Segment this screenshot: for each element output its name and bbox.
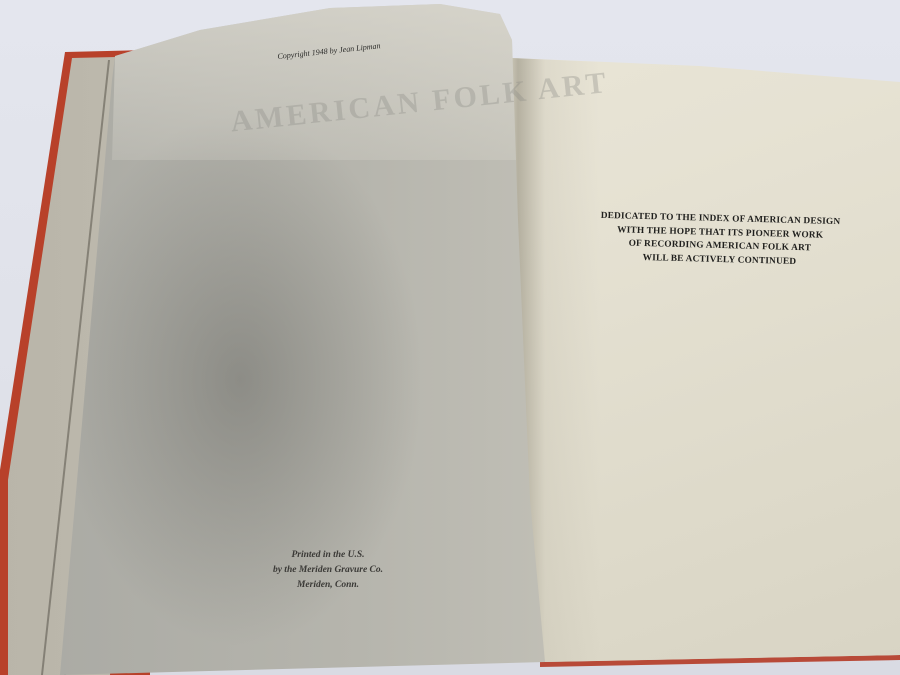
printer-line: by the Meriden Gravure Co. xyxy=(258,563,398,578)
printer-imprint: Printed in the U.S. by the Meriden Gravu… xyxy=(258,548,398,593)
dedication: DEDICATED TO THE INDEX OF AMERICAN DESIG… xyxy=(599,210,840,270)
open-book-photo: AMERICAN FOLK ART Copyright 1948 by Jean… xyxy=(0,0,900,675)
printer-line: Meriden, Conn. xyxy=(258,578,398,593)
printer-line: Printed in the U.S. xyxy=(258,548,398,563)
